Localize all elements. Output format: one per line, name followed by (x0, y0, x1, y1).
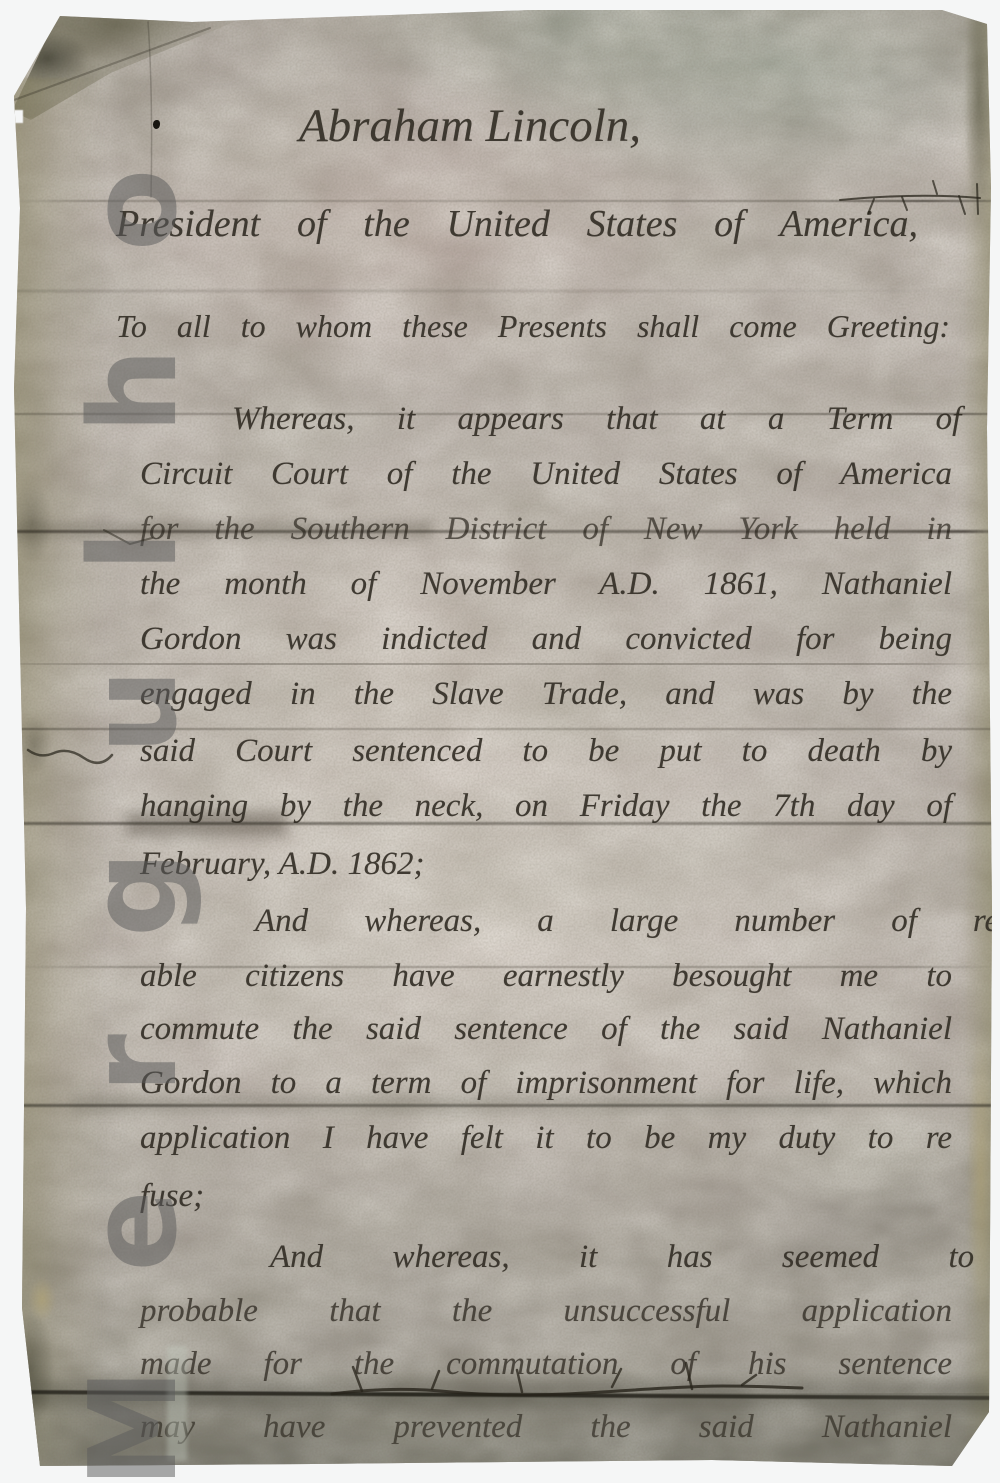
paper-sheet: Abraham Lincoln, President of the United… (12, 8, 994, 1468)
ink-crack-marks (12, 8, 994, 1468)
scanned-document: Abraham Lincoln, President of the United… (0, 0, 1000, 1483)
